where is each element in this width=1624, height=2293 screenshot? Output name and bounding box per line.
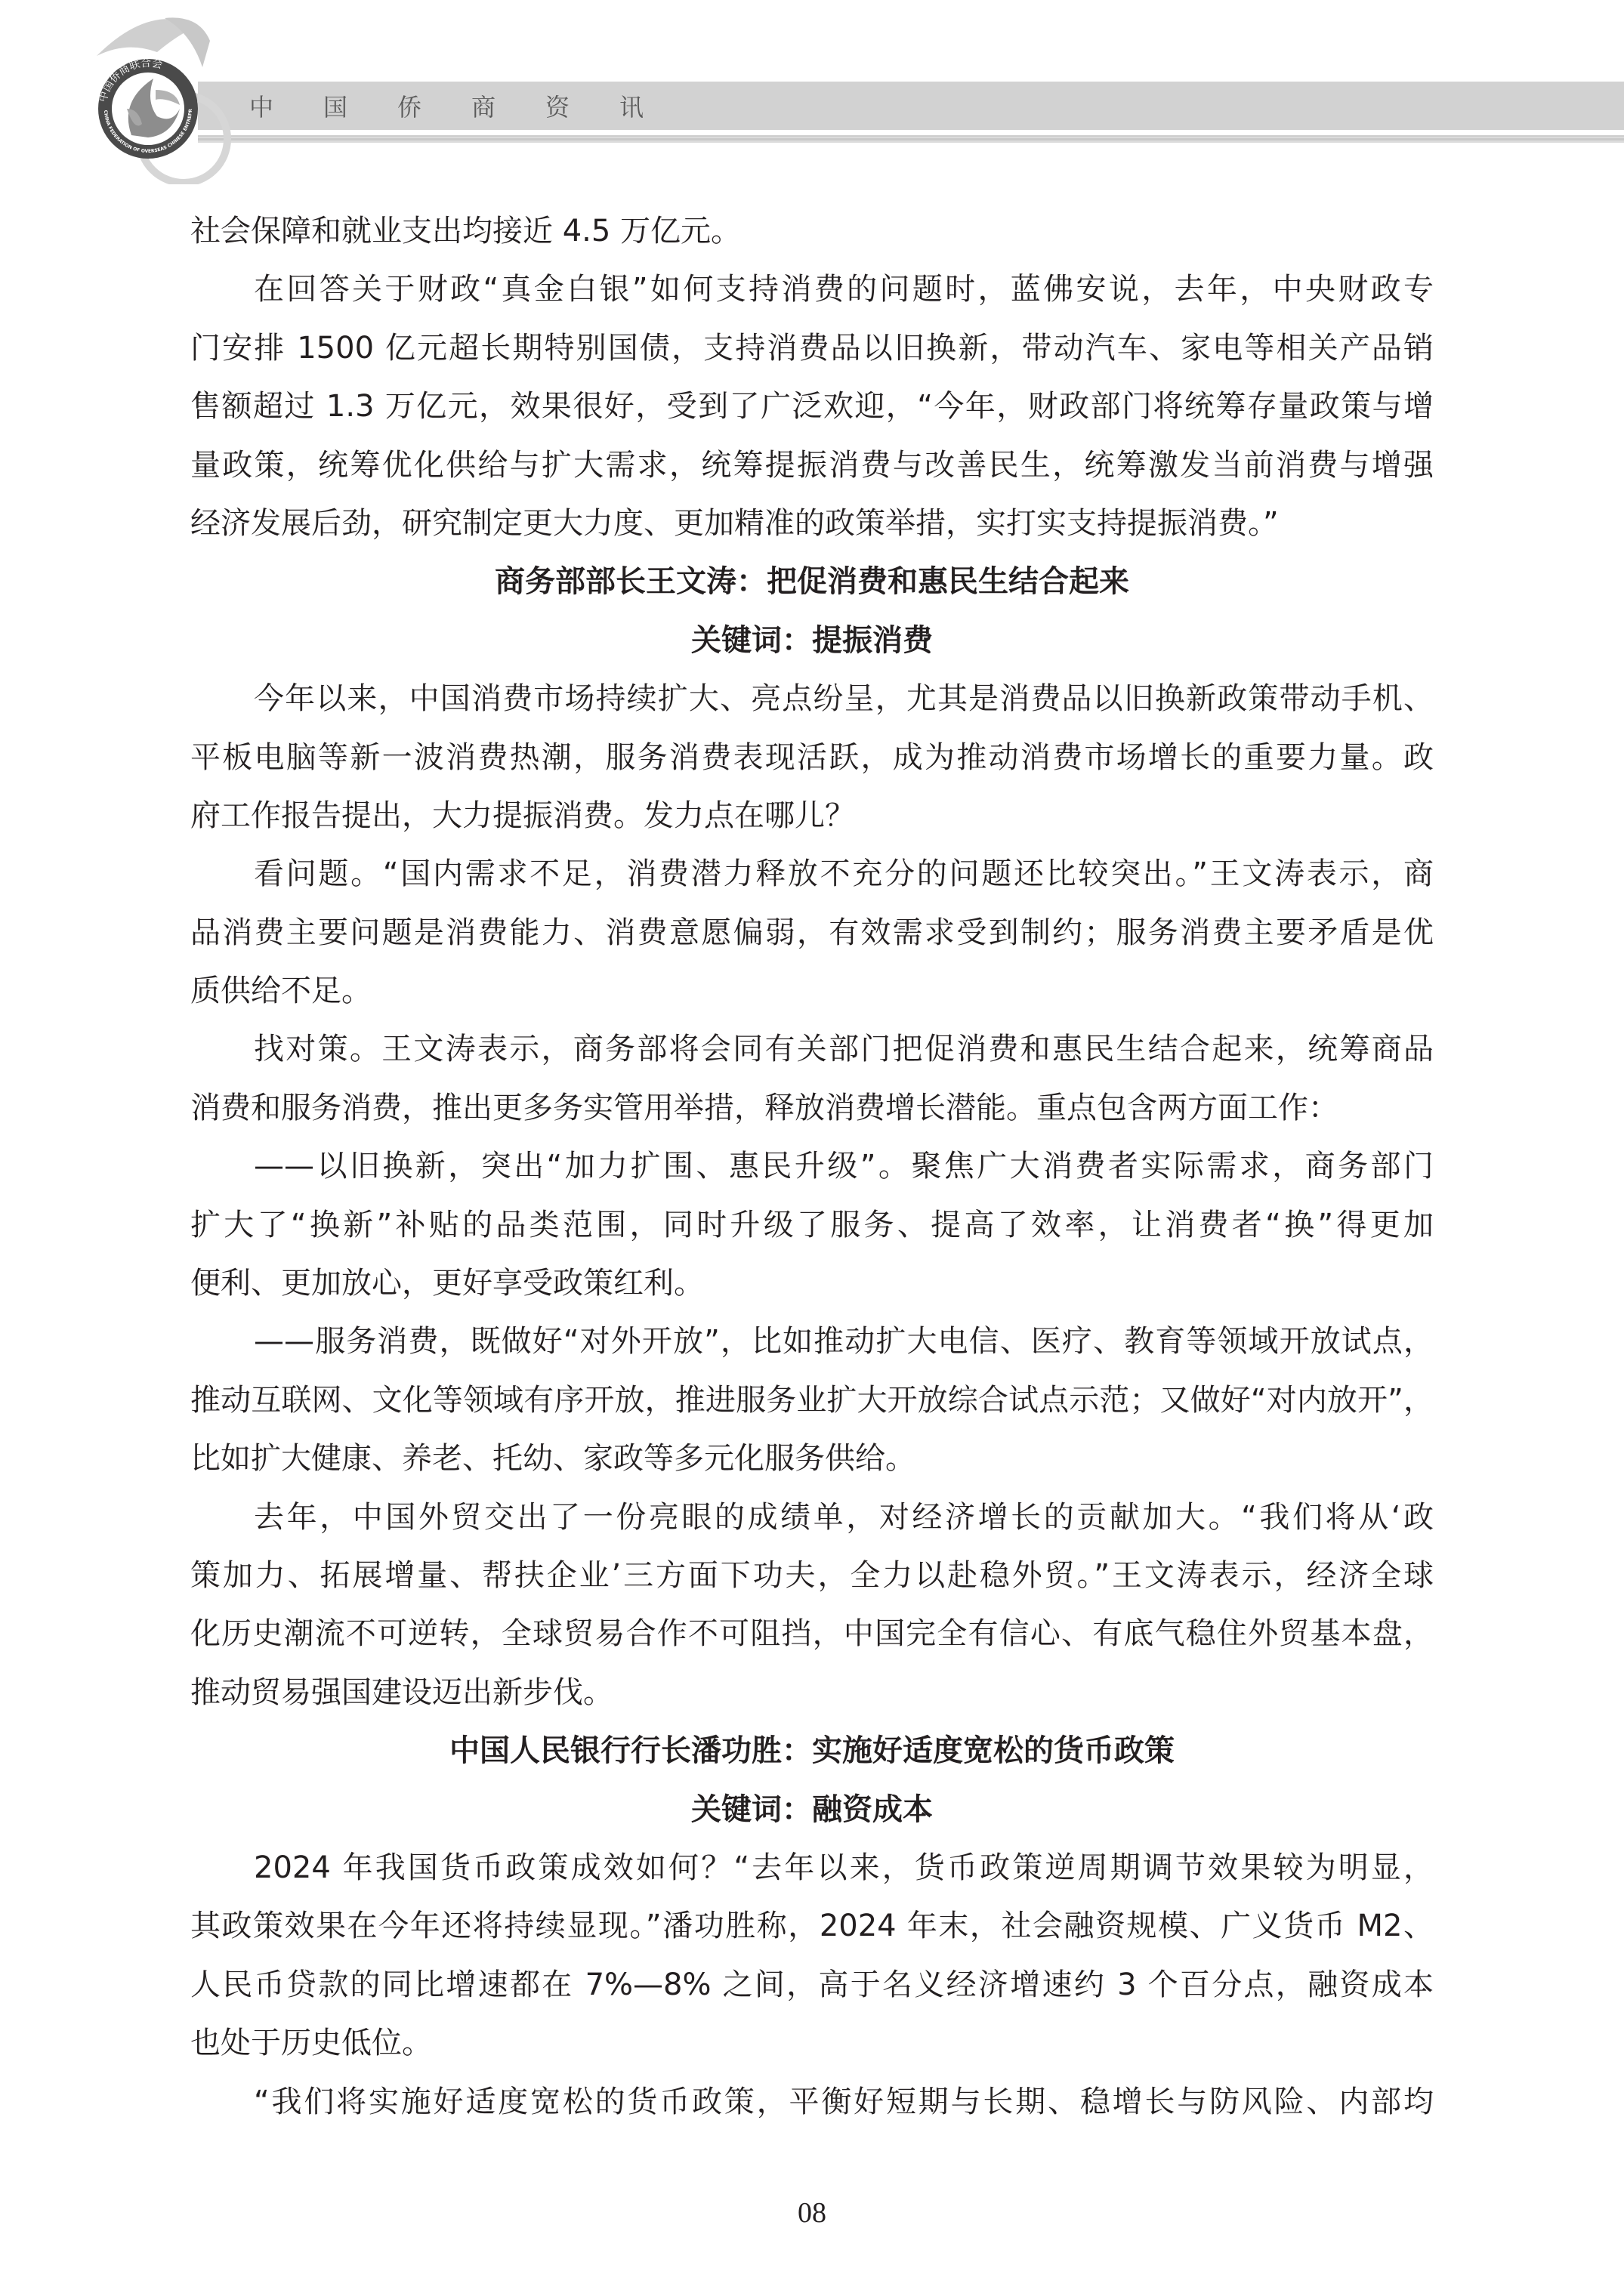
- text-line: 今年以来，中国消费市场持续扩大、亮点纷呈，尤其是消费品以旧换新政策带动手机、: [190, 670, 1434, 728]
- publication-title-char: 商: [471, 88, 545, 123]
- publication-title-char: 资: [545, 88, 619, 123]
- publication-title-char: 讯: [619, 88, 693, 123]
- text-line: ——服务消费，既做好“对外开放”，比如推动扩大电信、医疗、教育等领域开放试点，: [190, 1313, 1434, 1371]
- text-line: 量政策，统筹优化供给与扩大需求，统筹提振消费与改善民生，统筹激发当前消费与增强: [190, 437, 1434, 495]
- text-line: 售额超过 1.3 万亿元，效果很好，受到了广泛欢迎，“今年，财政部门将统筹存量政…: [190, 378, 1434, 436]
- header-double-rule: [198, 135, 1624, 143]
- section-heading: 中国人民银行行长潘功胜：实施好适度宽松的货币政策: [190, 1722, 1434, 1780]
- publication-title: 中 国 侨 商 资 讯: [249, 88, 693, 124]
- text-line: 门安排 1500 亿元超长期特别国债，支持消费品以旧换新，带动汽车、家电等相关产…: [190, 319, 1434, 378]
- text-line: 府工作报告提出，大力提振消费。发力点在哪儿？: [190, 787, 1434, 845]
- text-line: 看问题。“国内需求不足，消费潜力释放不充分的问题还比较突出。”王文涛表示，商: [190, 845, 1434, 903]
- publication-title-char: 中: [249, 88, 323, 123]
- text-line: 品消费主要问题是消费能力、消费意愿偏弱，有效需求受到制约；服务消费主要矛盾是优: [190, 904, 1434, 962]
- text-line: 2024 年我国货币政策成效如何？“去年以来，货币政策逆周期调节效果较为明显，: [190, 1839, 1434, 1897]
- text-line: 质供给不足。: [190, 962, 1434, 1020]
- organization-emblem-icon: 中国侨商联合会 CHINA FEDERATION OF OVERSEAS CHI…: [66, 11, 248, 184]
- publication-title-char: 侨: [397, 88, 471, 123]
- text-line: 扩大了“换新”补贴的品类范围，同时升级了服务、提高了效率，让消费者“换”得更加: [190, 1196, 1434, 1255]
- page-number: 08: [0, 2196, 1624, 2230]
- text-line: ——以旧换新，突出“加力扩围、惠民升级”。聚焦广大消费者实际需求，商务部门: [190, 1137, 1434, 1196]
- section-heading: 关键词：提振消费: [190, 612, 1434, 670]
- text-line: 平板电脑等新一波消费热潮，服务消费表现活跃，成为推动消费市场增长的重要力量。政: [190, 729, 1434, 787]
- text-line: 也处于历史低位。: [190, 2014, 1434, 2072]
- text-line: 其政策效果在今年还将持续显现。”潘功胜称，2024 年末，社会融资规模、广义货币…: [190, 1897, 1434, 1955]
- text-line: 化历史潮流不可逆转，全球贸易合作不可阻挡，中国完全有信心、有底气稳住外贸基本盘，: [190, 1605, 1434, 1663]
- text-line: 推动贸易强国建设迈出新步伐。: [190, 1664, 1434, 1722]
- section-heading: 关键词：融资成本: [190, 1781, 1434, 1839]
- article-body: 社会保障和就业支出均接近 4.5 万亿元。在回答关于财政“真金白银”如何支持消费…: [190, 202, 1434, 2131]
- text-line: 便利、更加放心，更好享受政策红利。: [190, 1255, 1434, 1313]
- text-line: 策加力、拓展增量、帮扶企业’三方面下功夫，全力以赴稳外贸。”王文涛表示，经济全球: [190, 1547, 1434, 1605]
- text-line: 消费和服务消费，推出更多务实管用举措，释放消费增长潜能。重点包含两方面工作：: [190, 1079, 1434, 1137]
- text-line: 人民币贷款的同比增速都在 7%—8% 之间，高于名义经济增速约 3 个百分点，融…: [190, 1956, 1434, 2014]
- text-line: 在回答关于财政“真金白银”如何支持消费的问题时，蓝佛安说，去年，中央财政专: [190, 261, 1434, 319]
- publication-title-char: 国: [323, 88, 397, 123]
- text-line: 去年，中国外贸交出了一份亮眼的成绩单，对经济增长的贡献加大。“我们将从‘政: [190, 1489, 1434, 1547]
- text-line: 找对策。王文涛表示，商务部将会同有关部门把促消费和惠民生结合起来，统筹商品: [190, 1020, 1434, 1079]
- section-heading: 商务部部长王文涛：把促消费和惠民生结合起来: [190, 553, 1434, 611]
- text-line: 比如扩大健康、养老、托幼、家政等多元化服务供给。: [190, 1430, 1434, 1488]
- text-line: 经济发展后劲，研究制定更大力度、更加精准的政策举措，实打实支持提振消费。”: [190, 495, 1434, 553]
- text-line: 推动互联网、文化等领域有序开放，推进服务业扩大开放综合试点示范；又做好“对内放开…: [190, 1372, 1434, 1430]
- text-line: 社会保障和就业支出均接近 4.5 万亿元。: [190, 202, 1434, 261]
- text-line: “我们将实施好适度宽松的货币政策，平衡好短期与长期、稳增长与防风险、内部均: [190, 2073, 1434, 2131]
